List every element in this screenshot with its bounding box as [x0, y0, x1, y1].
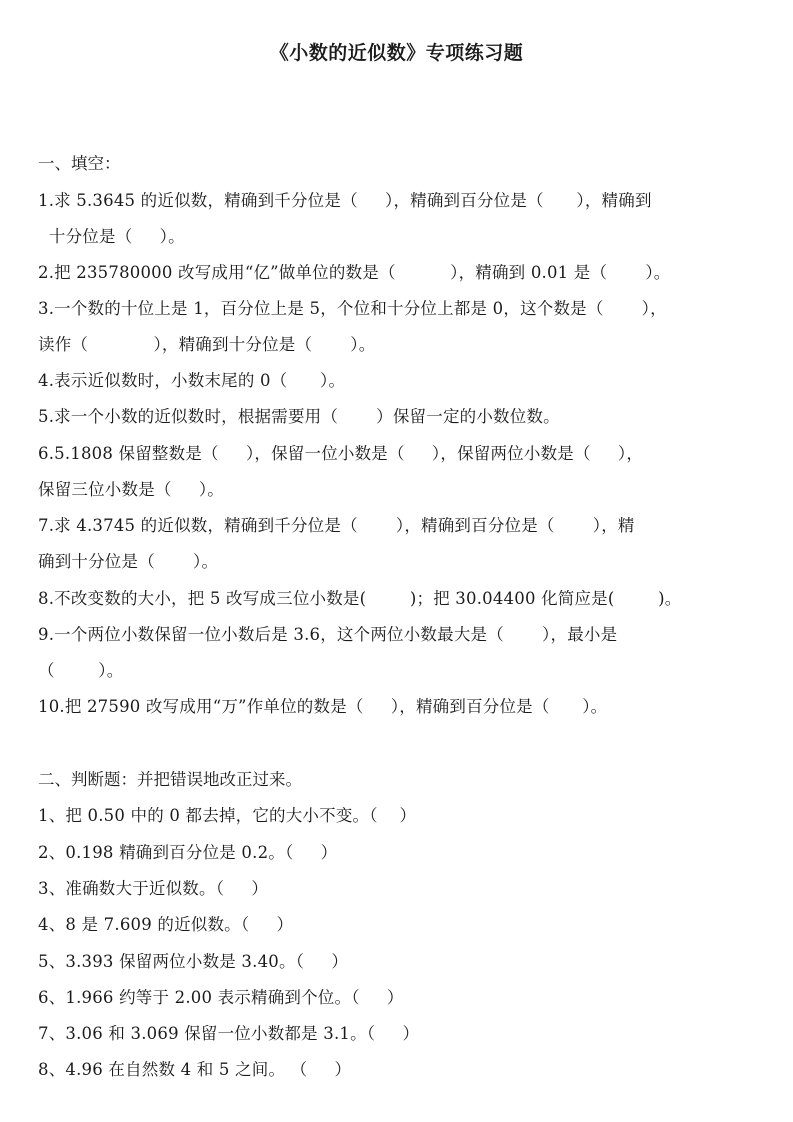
- judge-question-4: 4、8 是 7.609 的近似数。（ ）: [38, 913, 293, 937]
- judge-question-7: 7、3.06 和 3.069 保留一位小数都是 3.1。（ ）: [38, 1022, 419, 1046]
- judge-question-1: 1、把 0.50 中的 0 都去掉，它的大小不变。（ ）: [38, 804, 416, 828]
- fill-question-6-line-2: 保留三位小数是（ ）。: [38, 478, 224, 502]
- judge-question-5: 5、3.393 保留两位小数是 3.40。（ ）: [38, 950, 348, 974]
- fill-question-5-line-1: 5.求一个小数的近似数时，根据需要用（ ）保留一定的小数位数。: [38, 405, 560, 429]
- fill-question-2-line-1: 2.把 235780000 改写成用“亿”做单位的数是（ ），精确到 0.01 …: [38, 261, 670, 285]
- fill-question-6-line-1: 6.5.1808 保留整数是（ ），保留一位小数是（ ），保留两位小数是（ ），: [38, 442, 643, 466]
- fill-question-4-line-1: 4.表示近似数时，小数末尾的 0（ ）。: [38, 369, 345, 393]
- fill-question-1-line-2: 十分位是（ ）。: [38, 225, 185, 249]
- fill-question-9-line-1: 9.一个两位小数保留一位小数后是 3.6，这个两位小数最大是（ ），最小是: [38, 623, 617, 647]
- judge-question-3: 3、准确数大于近似数。（ ）: [38, 877, 268, 901]
- section-heading-true-false: 二、判断题：并把错误地改正过来。: [38, 768, 302, 792]
- page-title: 《小数的近似数》专项练习题: [0, 38, 793, 65]
- fill-question-1-line-1: 1.求 5.3645 的近似数，精确到千分位是（ ），精确到百分位是（ ），精确…: [38, 189, 652, 213]
- fill-question-3-line-1: 3.一个数的十位上是 1，百分位上是 5，个位和十分位上都是 0，这个数是（ ）…: [38, 297, 667, 321]
- fill-question-7-line-2: 确到十分位是（ ）。: [38, 550, 218, 574]
- section-heading-fill-blank: 一、填空：: [38, 152, 121, 176]
- fill-question-8-line-1: 8.不改变数的大小，把 5 改写成三位小数是( )；把 30.04400 化简应…: [38, 587, 681, 611]
- fill-question-10-line-1: 10.把 27590 改写成用“万”作单位的数是（ ），精确到百分位是（ ）。: [38, 695, 607, 719]
- judge-question-8: 8、4.96 在自然数 4 和 5 之间。 （ ）: [38, 1058, 351, 1082]
- worksheet-page: 《小数的近似数》专项练习题 一、填空： 1.求 5.3645 的近似数，精确到千…: [0, 0, 793, 1122]
- judge-question-2: 2、0.198 精确到百分位是 0.2。（ ）: [38, 841, 337, 865]
- judge-question-6: 6、1.966 约等于 2.00 表示精确到个位。（ ）: [38, 986, 404, 1010]
- fill-question-3-line-2: 读作（ ），精确到十分位是（ ）。: [38, 333, 375, 357]
- fill-question-7-line-1: 7.求 4.3745 的近似数，精确到千分位是（ ），精确到百分位是（ ），精: [38, 514, 635, 538]
- fill-question-9-line-2: （ ）。: [38, 659, 123, 683]
